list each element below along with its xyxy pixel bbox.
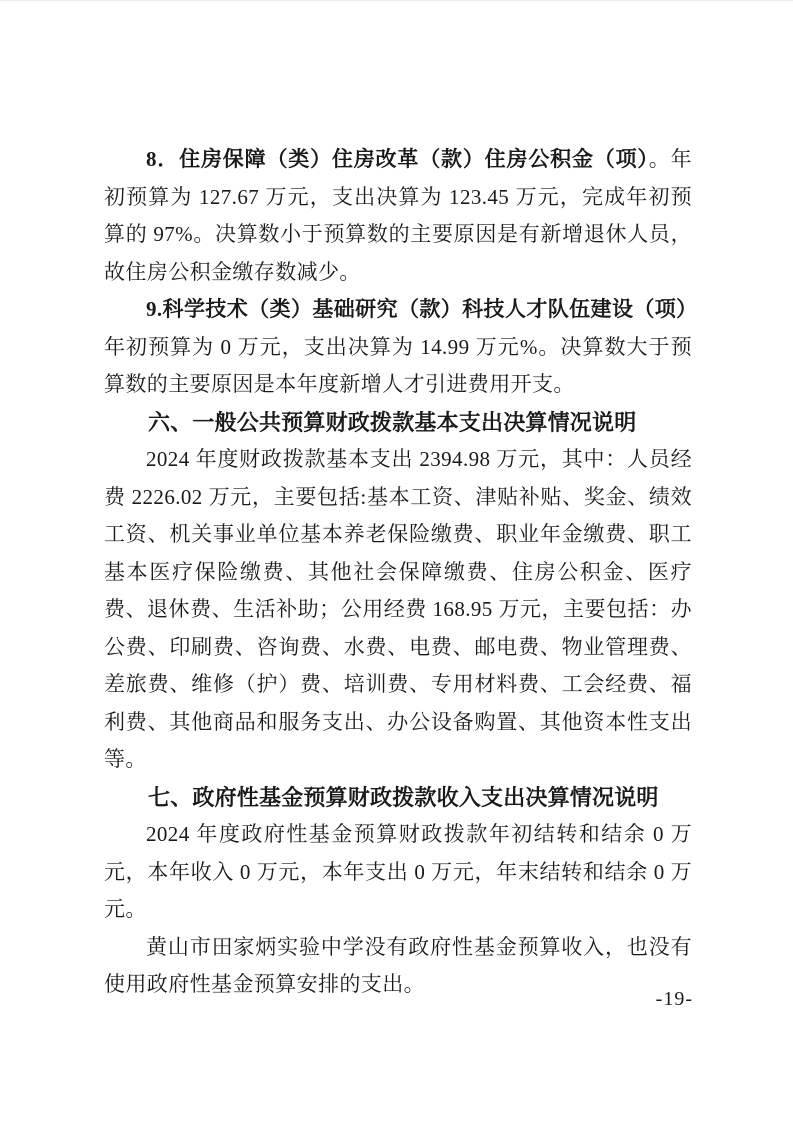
section-heading-six: 六、一般公共预算财政拨款基本支出决算情况说明 — [104, 404, 692, 442]
report-page: 8．住房保障（类）住房改革（款）住房公积金（项）。年初预算为 127.67 万元… — [0, 0, 793, 1122]
item8-bold-title: 8．住房保障（类）住房改革（款）住房公积金（项） — [146, 147, 649, 171]
page-content: 8．住房保障（类）住房改革（款）住房公积金（项）。年初预算为 127.67 万元… — [104, 141, 692, 1004]
item9-bold-title: 9.科学技术（类）基础研究（款）科技人才队伍建设（项） — [146, 297, 698, 321]
paragraph-item9-science: 9.科学技术（类）基础研究（款）科技人才队伍建设（项）年初预算为 0 万元，支出… — [104, 291, 692, 404]
paragraph-no-gov-fund: 黄山市田家炳实验中学没有政府性基金预算收入，也没有使用政府性基金预算安排的支出。 — [104, 929, 692, 1004]
page-number: -19- — [656, 987, 693, 1011]
paragraph-gov-fund-summary: 2024 年度政府性基金预算财政拨款年初结转和结余 0 万元，本年收入 0 万元… — [104, 816, 692, 929]
paragraph-item8-housing: 8．住房保障（类）住房改革（款）住房公积金（项）。年初预算为 127.67 万元… — [104, 141, 692, 291]
item9-body-text: 年初预算为 0 万元，支出决算为 14.99 万元%。决算数大于预算数的主要原因… — [104, 335, 692, 397]
paragraph-basic-expenditure: 2024 年度财政拨款基本支出 2394.98 万元，其中：人员经费 2226.… — [104, 441, 692, 779]
section-heading-seven: 七、政府性基金预算财政拨款收入支出决算情况说明 — [104, 779, 692, 817]
